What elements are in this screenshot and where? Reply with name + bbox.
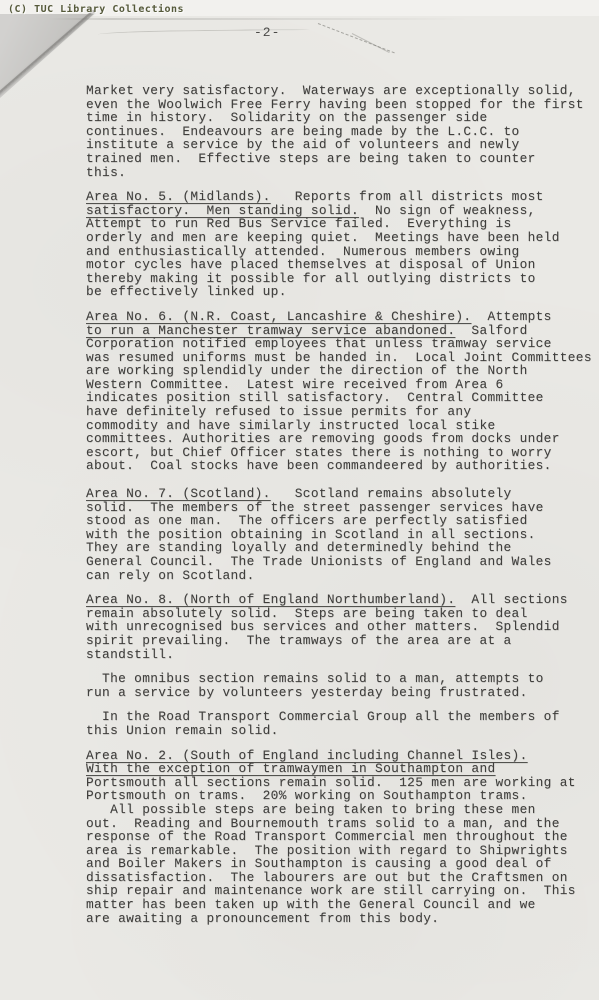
text-line: indicates position still satisfactory. C…: [86, 391, 598, 405]
text-line: escort, but Chief Officer states there i…: [86, 446, 598, 460]
text-line: continues. Endeavours are being made by …: [86, 125, 598, 139]
text-line: and enthusiastically attended. Numerous …: [86, 245, 598, 259]
text-line: They are standing loyally and determined…: [86, 541, 598, 555]
text-line: stood as one man. The officers are perfe…: [86, 514, 598, 528]
text-segment: be effectively linked up.: [86, 284, 287, 299]
text-line: Western Committee. Latest wire received …: [86, 378, 598, 392]
document-body: Market very satisfactory. Waterways are …: [86, 84, 598, 936]
text-line: even the Woolwich Free Ferry having been…: [86, 98, 598, 112]
text-line: out. Reading and Bournemouth trams solid…: [86, 817, 598, 831]
text-line: Area No. 8. (North of England Northumber…: [86, 593, 598, 607]
text-line: with the position obtaining in Scotland …: [86, 528, 598, 542]
paragraph: The omnibus section remains solid to a m…: [86, 672, 598, 699]
text-line: are working splendidly under the directi…: [86, 364, 598, 378]
text-line: about. Coal stocks have been commandeere…: [86, 459, 598, 473]
paragraph: Area No. 2. (South of England including …: [86, 749, 598, 926]
page-number: -2-: [254, 25, 280, 40]
page-corner-fold: [0, 14, 94, 98]
text-line: The omnibus section remains solid to a m…: [86, 672, 598, 686]
text-line: standstill.: [86, 648, 598, 662]
text-line: this Union remain solid.: [86, 724, 598, 738]
text-line: was resumed uniforms must be handed in. …: [86, 351, 598, 365]
text-line: to run a Manchester tramway service aban…: [86, 324, 598, 338]
scanned-document-screenshot: { "watermark": "(C) TUC Library Collecti…: [0, 0, 599, 1000]
text-line: With the exception of tramwaymen in Sout…: [86, 762, 598, 776]
text-line: Area No. 7. (Scotland). Scotland remains…: [86, 487, 598, 501]
text-line: Area No. 5. (Midlands). Reports from all…: [86, 190, 598, 204]
text-line: All possible steps are being taken to br…: [86, 803, 598, 817]
text-line: with unrecognised bus services and other…: [86, 620, 598, 634]
scan-edge-shadow: [48, 18, 468, 20]
text-line: General Council. The Trade Unionists of …: [86, 555, 598, 569]
text-line: Area No. 2. (South of England including …: [86, 749, 598, 763]
paragraph: Market very satisfactory. Waterways are …: [86, 84, 598, 179]
text-line: trained men. Effective steps are being t…: [86, 152, 598, 166]
text-line: and Boiler Makers in Southampton is caus…: [86, 857, 598, 871]
text-segment: about. Coal stocks have been commandeere…: [86, 458, 552, 473]
text-line: dissatisfaction. The labourers are out b…: [86, 871, 598, 885]
text-line: committees. Authorities are removing goo…: [86, 432, 598, 446]
paragraph: Area No. 6. (N.R. Coast, Lancashire & Ch…: [86, 310, 598, 473]
text-line: can rely on Scotland.: [86, 569, 598, 583]
text-line: satisfactory. Men standing solid. No sig…: [86, 204, 598, 218]
text-line: run a service by volunteers yesterday be…: [86, 686, 598, 700]
text-line: be effectively linked up.: [86, 285, 598, 299]
paragraph: Area No. 8. (North of England Northumber…: [86, 593, 598, 661]
text-line: this.: [86, 166, 598, 180]
text-line: Portsmouth on trams. 20% working on Sout…: [86, 789, 598, 803]
text-line: Corporation notified employees that unle…: [86, 337, 598, 351]
text-line: response of the Road Transport Commercia…: [86, 830, 598, 844]
text-line: orderly and men are keeping quiet. Meeti…: [86, 231, 598, 245]
document-page: (C) TUC Library Collections -2- Market v…: [0, 0, 599, 1000]
text-segment: this.: [86, 165, 126, 180]
text-segment: are awaiting a pronouncement from this b…: [86, 911, 439, 926]
text-line: In the Road Transport Commercial Group a…: [86, 710, 598, 724]
text-line: thereby making it possible for all outly…: [86, 272, 598, 286]
text-line: ship repair and maintenance work are sti…: [86, 884, 598, 898]
text-line: Portsmouth all sections remain solid. 12…: [86, 776, 598, 790]
text-segment: trained men. Effective steps are being t…: [86, 151, 536, 166]
pencil-scratch: [352, 33, 390, 53]
text-line: commodity and have similarly instructed …: [86, 419, 598, 433]
copyright-watermark: (C) TUC Library Collections: [8, 4, 184, 15]
text-line: are awaiting a pronouncement from this b…: [86, 912, 598, 926]
text-segment: this Union remain solid.: [86, 723, 279, 738]
text-line: Attempt to run Red Bus Service failed. E…: [86, 217, 598, 231]
text-line: time in history. Solidarity on the passe…: [86, 111, 598, 125]
text-line: Area No. 6. (N.R. Coast, Lancashire & Ch…: [86, 310, 598, 324]
text-line: solid. The members of the street passeng…: [86, 501, 598, 515]
text-segment: run a service by volunteers yesterday be…: [86, 685, 528, 700]
text-line: area is remarkable. The position with re…: [86, 844, 598, 858]
text-line: spirit prevailing. The tramways of the a…: [86, 634, 598, 648]
text-segment: standstill.: [86, 647, 174, 662]
paragraph: In the Road Transport Commercial Group a…: [86, 710, 598, 737]
text-line: Market very satisfactory. Waterways are …: [86, 84, 598, 98]
text-segment: can rely on Scotland.: [86, 568, 255, 583]
text-line: matter has been taken up with the Genera…: [86, 898, 598, 912]
text-line: institute a service by the aid of volunt…: [86, 138, 598, 152]
paragraph: Area No. 7. (Scotland). Scotland remains…: [86, 487, 598, 582]
text-line: remain absolutely solid. Steps are being…: [86, 607, 598, 621]
paragraph: Area No. 5. (Midlands). Reports from all…: [86, 190, 598, 299]
text-line: motor cycles have placed themselves at d…: [86, 258, 598, 272]
text-line: have definitely refused to issue permits…: [86, 405, 598, 419]
